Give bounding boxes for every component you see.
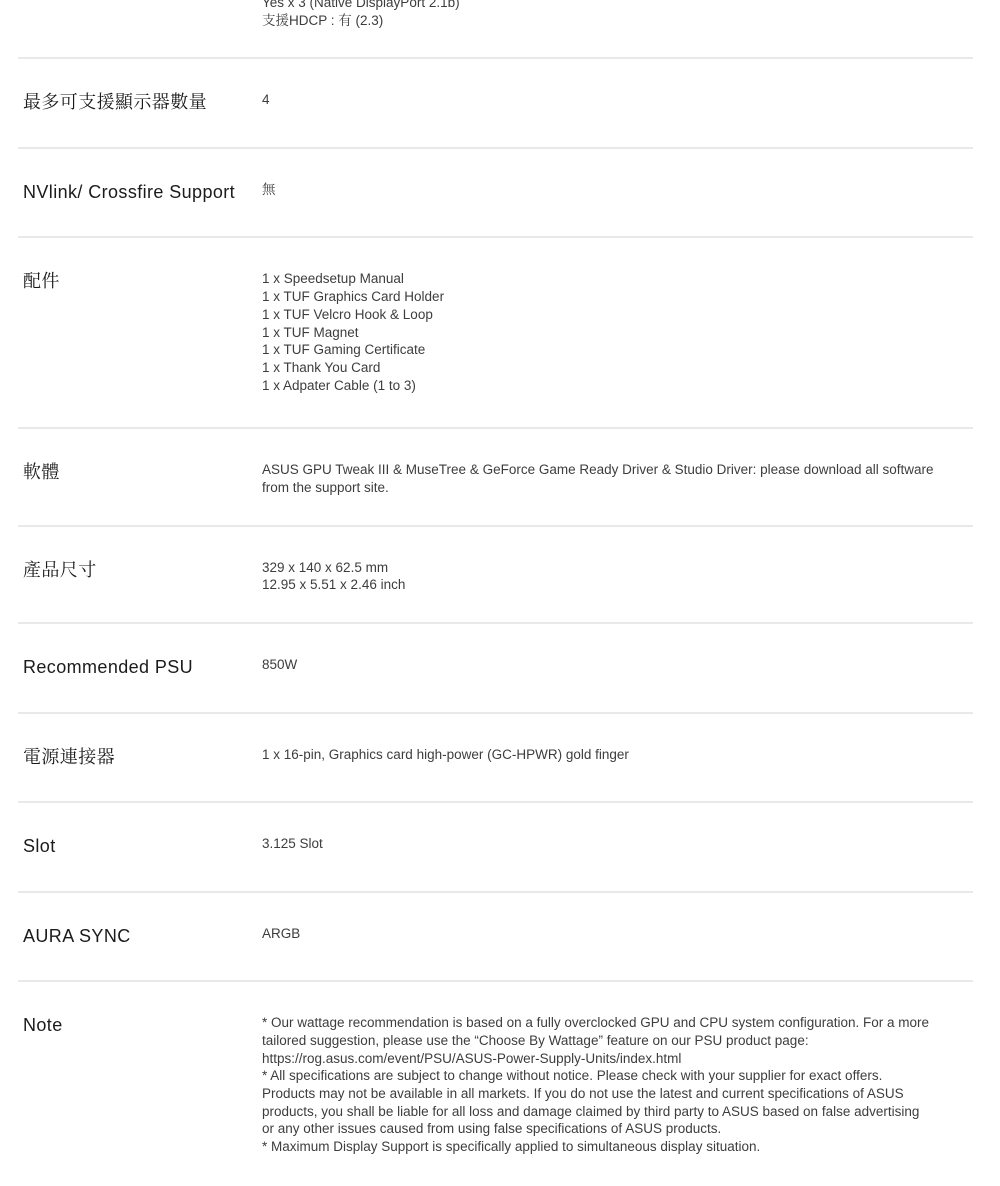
spec-row-value: ASUS GPU Tweak III & MuseTree & GeForce … — [262, 461, 962, 496]
value-line: * All specifications are subject to chan… — [262, 1067, 962, 1085]
value-line: products, you shall be liable for all lo… — [262, 1103, 962, 1121]
value-line: from the support site. — [262, 479, 962, 497]
spec-row-dimensions: 產品尺寸 329 x 140 x 62.5 mm12.95 x 5.51 x 2… — [18, 527, 973, 624]
spec-row-software: 軟體 ASUS GPU Tweak III & MuseTree & GeFor… — [18, 429, 973, 526]
value-line: or any other issues caused from using fa… — [262, 1120, 962, 1138]
spec-row-value: 850W — [262, 656, 962, 674]
value-line: Yes x 3 (Native DisplayPort 2.1b) — [262, 0, 962, 12]
spec-row-value: 無 — [262, 181, 962, 199]
spec-row-label: Note — [18, 1014, 262, 1037]
spec-row-value: Yes x 3 (Native DisplayPort 2.1b)支援HDCP … — [262, 0, 962, 29]
spec-row-label: Slot — [18, 835, 262, 858]
value-line: 1 x TUF Velcro Hook & Loop — [262, 306, 962, 324]
spec-row-max-display-support: 最多可支援顯示器數量 4 — [18, 59, 973, 149]
spec-row-label: NVlink/ Crossfire Support — [18, 181, 262, 204]
value-line: 1 x Speedsetup Manual — [262, 270, 962, 288]
value-line: 1 x TUF Gaming Certificate — [262, 341, 962, 359]
spec-row-label: 軟體 — [18, 461, 262, 484]
spec-row-label: Recommended PSU — [18, 656, 262, 679]
value-line: 支援HDCP : 有 (2.3) — [262, 12, 962, 30]
spec-row-label: 電源連接器 — [18, 746, 262, 769]
value-line: tailored suggestion, please use the “Cho… — [262, 1032, 962, 1050]
spec-row-label: 產品尺寸 — [18, 559, 262, 582]
spec-row-slot: Slot 3.125 Slot — [18, 803, 973, 893]
spec-row-aura-sync: AURA SYNC ARGB — [18, 893, 973, 983]
spec-row-recommended-psu: Recommended PSU 850W — [18, 624, 973, 714]
spec-row-label: 配件 — [18, 270, 262, 293]
value-line: 329 x 140 x 62.5 mm — [262, 559, 962, 577]
spec-row-value: 1 x 16-pin, Graphics card high-power (GC… — [262, 746, 962, 764]
value-line: * Our wattage recommendation is based on… — [262, 1014, 962, 1032]
spec-row-value: 1 x Speedsetup Manual1 x TUF Graphics Ca… — [262, 270, 962, 394]
value-line: * Maximum Display Support is specificall… — [262, 1138, 962, 1156]
value-line: 3.125 Slot — [262, 835, 962, 853]
value-line: 1 x TUF Magnet — [262, 324, 962, 342]
spec-row-label: 最多可支援顯示器數量 — [18, 91, 262, 114]
spec-row-label: AURA SYNC — [18, 925, 262, 948]
spec-row-value: * Our wattage recommendation is based on… — [262, 1014, 962, 1156]
value-line: 1 x Thank You Card — [262, 359, 962, 377]
spec-row-nvlink-crossfire-support: NVlink/ Crossfire Support 無 — [18, 149, 973, 239]
value-line: https://rog.asus.com/event/PSU/ASUS-Powe… — [262, 1050, 962, 1068]
value-line: ASUS GPU Tweak III & MuseTree & GeForce … — [262, 461, 962, 479]
spec-row-power-connectors: 電源連接器 1 x 16-pin, Graphics card high-pow… — [18, 714, 973, 804]
spec-row-accessories: 配件 1 x Speedsetup Manual1 x TUF Graphics… — [18, 238, 973, 429]
spec-row-value: 329 x 140 x 62.5 mm12.95 x 5.51 x 2.46 i… — [262, 559, 962, 594]
spec-row-value: ARGB — [262, 925, 962, 943]
spec-row-value: 4 — [262, 91, 962, 109]
value-line: 12.95 x 5.51 x 2.46 inch — [262, 576, 962, 594]
value-line: 1 x TUF Graphics Card Holder — [262, 288, 962, 306]
value-line: 850W — [262, 656, 962, 674]
value-line: ARGB — [262, 925, 962, 943]
spec-table: Yes x 3 (Native DisplayPort 2.1b)支援HDCP … — [18, 0, 973, 1186]
value-line: 1 x Adpater Cable (1 to 3) — [262, 377, 962, 395]
spec-row-display-output-continued: Yes x 3 (Native DisplayPort 2.1b)支援HDCP … — [18, 0, 973, 59]
spec-row-value: 3.125 Slot — [262, 835, 962, 853]
value-line: Products may not be available in all mar… — [262, 1085, 962, 1103]
value-line: 1 x 16-pin, Graphics card high-power (GC… — [262, 746, 962, 764]
value-line: 無 — [262, 181, 962, 199]
spec-row-note: Note * Our wattage recommendation is bas… — [18, 982, 973, 1186]
value-line: 4 — [262, 91, 962, 109]
